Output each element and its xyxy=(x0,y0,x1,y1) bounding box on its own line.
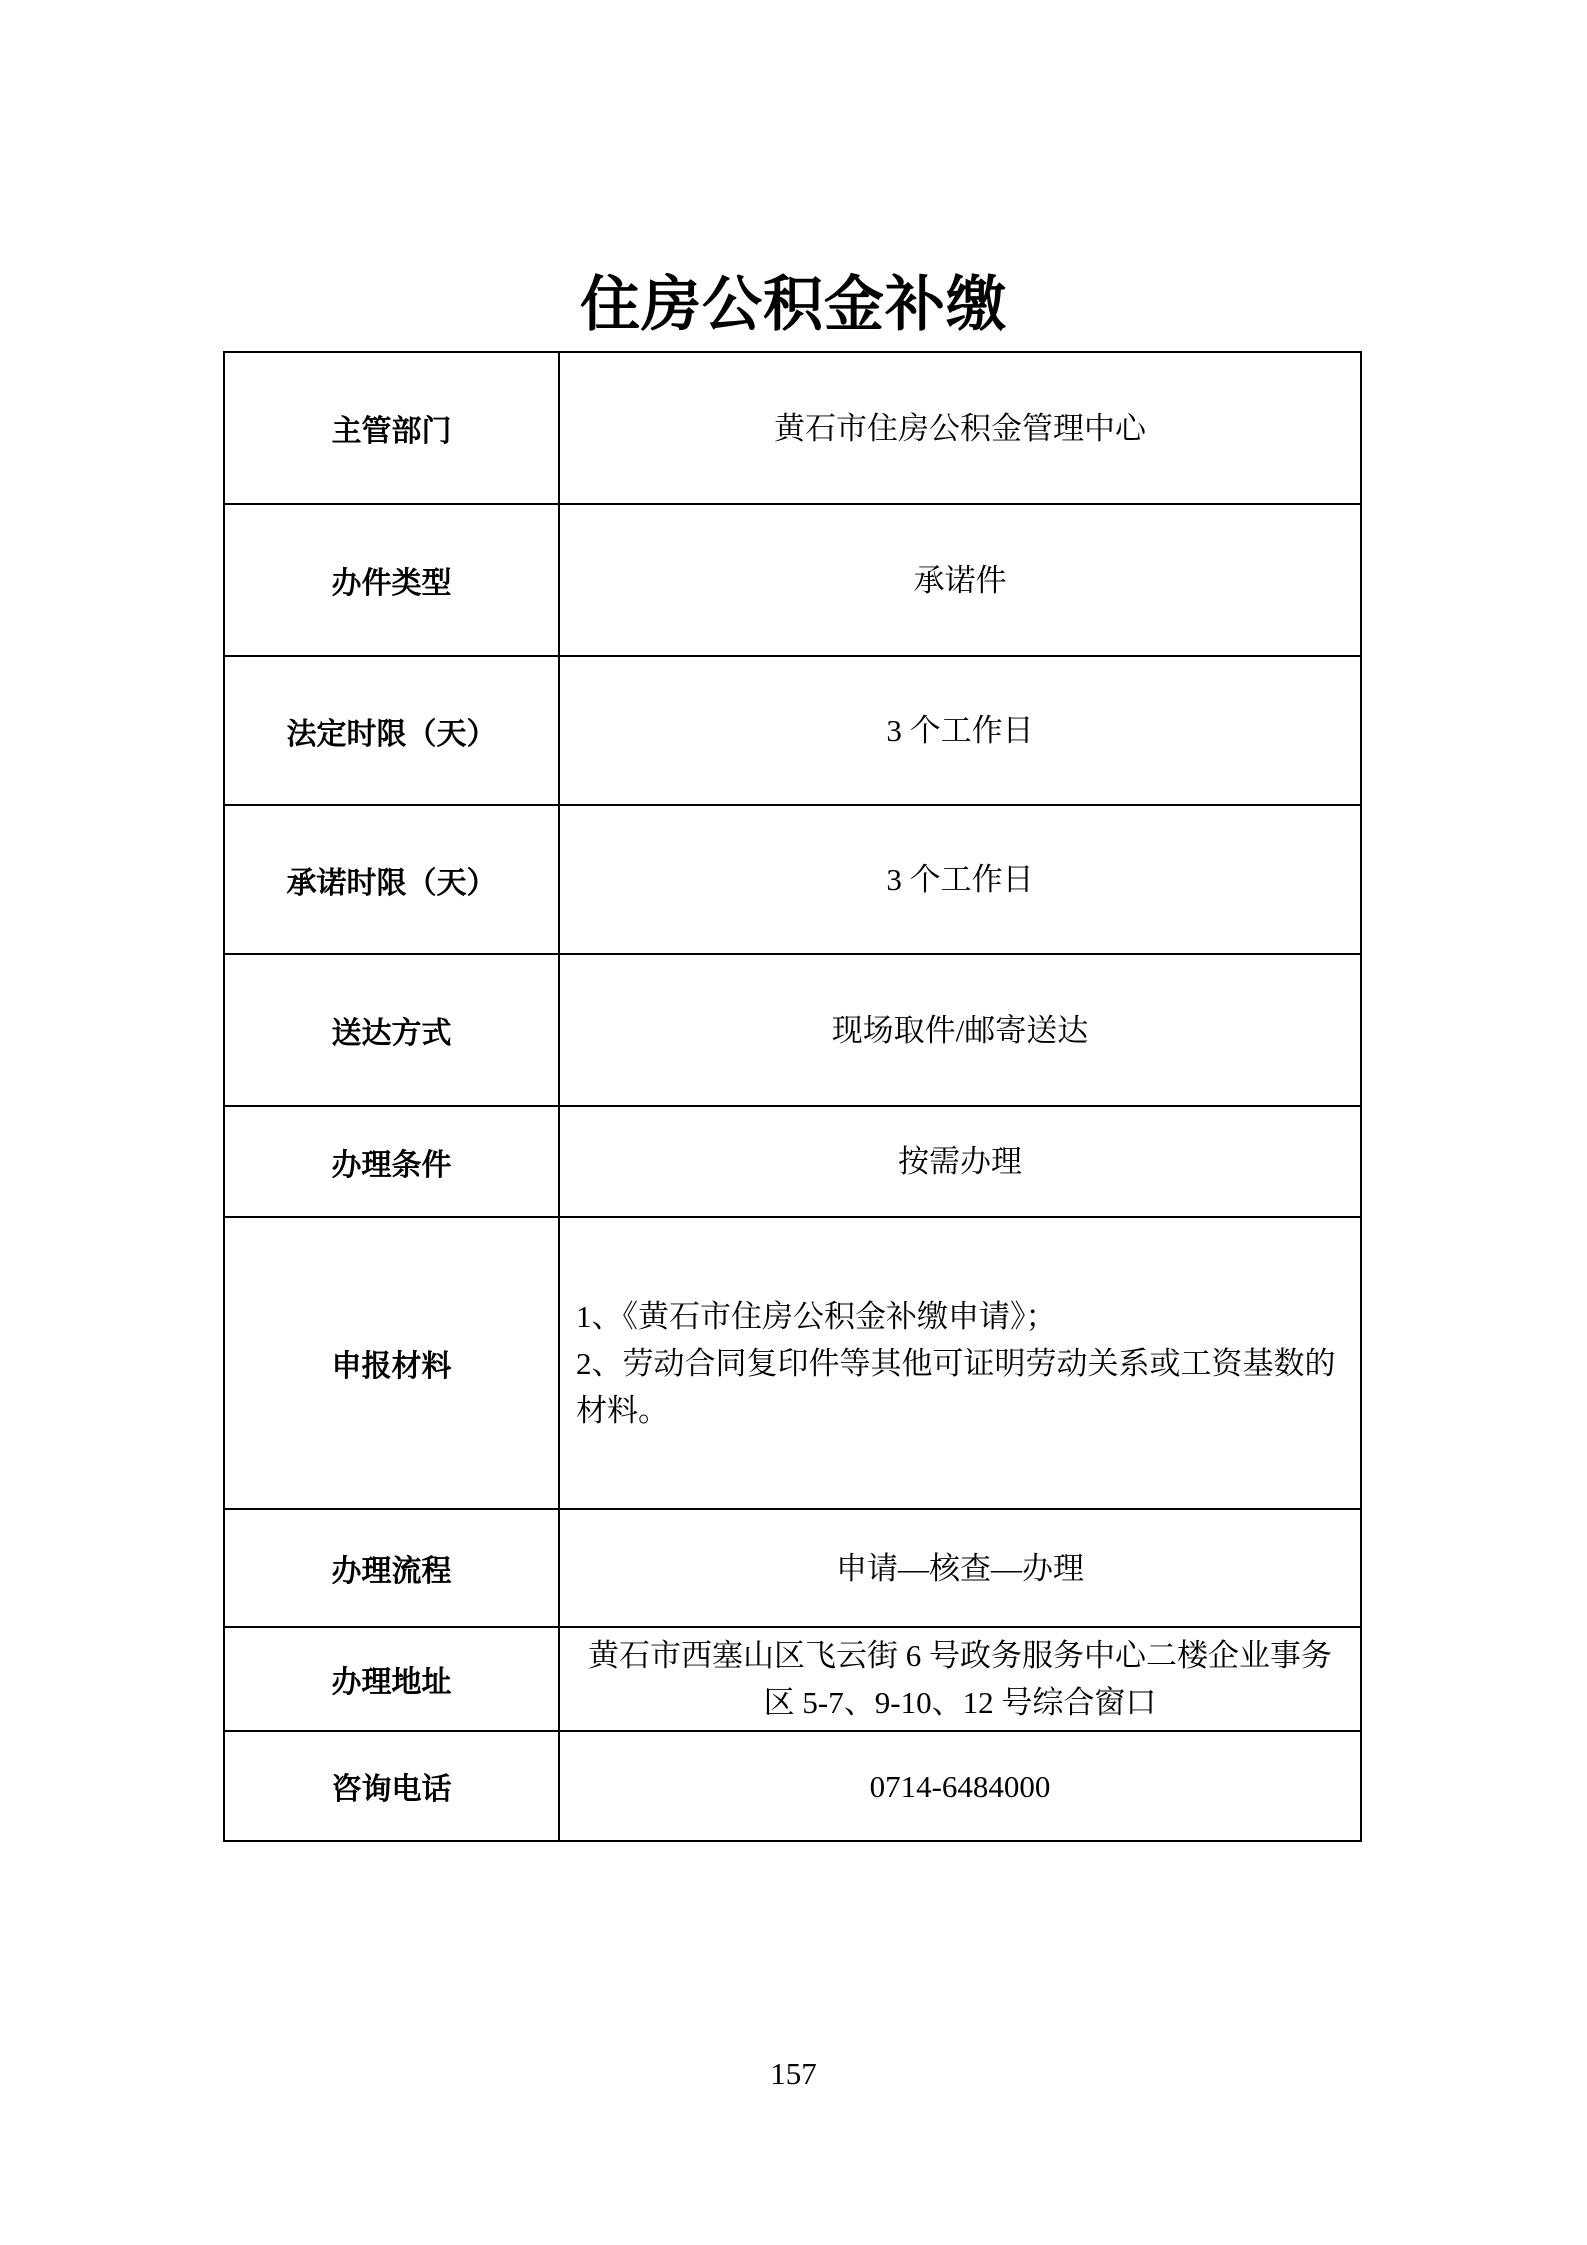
page-number: 157 xyxy=(0,2056,1587,2092)
table-row: 办件类型 承诺件 xyxy=(225,505,1360,657)
table-row: 主管部门 黄石市住房公积金管理中心 xyxy=(225,353,1360,505)
material-item: 2、劳动合同复印件等其他可证明劳动关系或工资基数的材料。 xyxy=(576,1340,1344,1434)
table-row: 送达方式 现场取件/邮寄送达 xyxy=(225,955,1360,1107)
row-label: 主管部门 xyxy=(225,353,560,503)
row-label: 咨询电话 xyxy=(225,1732,560,1840)
row-value: 黄石市住房公积金管理中心 xyxy=(560,353,1360,503)
page-title: 住房公积金补缴 xyxy=(0,266,1587,344)
row-label: 申报材料 xyxy=(225,1218,560,1508)
row-value: 3 个工作日 xyxy=(560,806,1360,953)
info-table: 主管部门 黄石市住房公积金管理中心 办件类型 承诺件 法定时限（天） 3 个工作… xyxy=(223,351,1362,1842)
table-row: 办理条件 按需办理 xyxy=(225,1107,1360,1218)
row-value: 承诺件 xyxy=(560,505,1360,655)
row-value: 申请—核查—办理 xyxy=(560,1510,1360,1626)
table-row: 咨询电话 0714-6484000 xyxy=(225,1732,1360,1840)
row-value: 1、《黄石市住房公积金补缴申请》； 2、劳动合同复印件等其他可证明劳动关系或工资… xyxy=(560,1218,1360,1508)
row-value: 现场取件/邮寄送达 xyxy=(560,955,1360,1105)
document-page: 住房公积金补缴 主管部门 黄石市住房公积金管理中心 办件类型 承诺件 法定时限（… xyxy=(0,0,1587,2245)
row-label: 办件类型 xyxy=(225,505,560,655)
row-value: 3 个工作日 xyxy=(560,657,1360,804)
row-label: 法定时限（天） xyxy=(225,657,560,804)
material-item: 1、《黄石市住房公积金补缴申请》； xyxy=(576,1293,1344,1340)
row-label: 承诺时限（天） xyxy=(225,806,560,953)
row-label: 办理条件 xyxy=(225,1107,560,1216)
row-value: 按需办理 xyxy=(560,1107,1360,1216)
table-row: 办理流程 申请—核查—办理 xyxy=(225,1510,1360,1628)
table-row: 承诺时限（天） 3 个工作日 xyxy=(225,806,1360,955)
row-label: 办理流程 xyxy=(225,1510,560,1626)
table-row: 法定时限（天） 3 个工作日 xyxy=(225,657,1360,806)
row-label: 办理地址 xyxy=(225,1628,560,1730)
row-value: 0714-6484000 xyxy=(560,1732,1360,1840)
row-label: 送达方式 xyxy=(225,955,560,1105)
row-value: 黄石市西塞山区飞云街 6 号政务服务中心二楼企业事务区 5-7、9-10、12 … xyxy=(560,1628,1360,1730)
table-row: 申报材料 1、《黄石市住房公积金补缴申请》； 2、劳动合同复印件等其他可证明劳动… xyxy=(225,1218,1360,1510)
table-row: 办理地址 黄石市西塞山区飞云街 6 号政务服务中心二楼企业事务区 5-7、9-1… xyxy=(225,1628,1360,1732)
